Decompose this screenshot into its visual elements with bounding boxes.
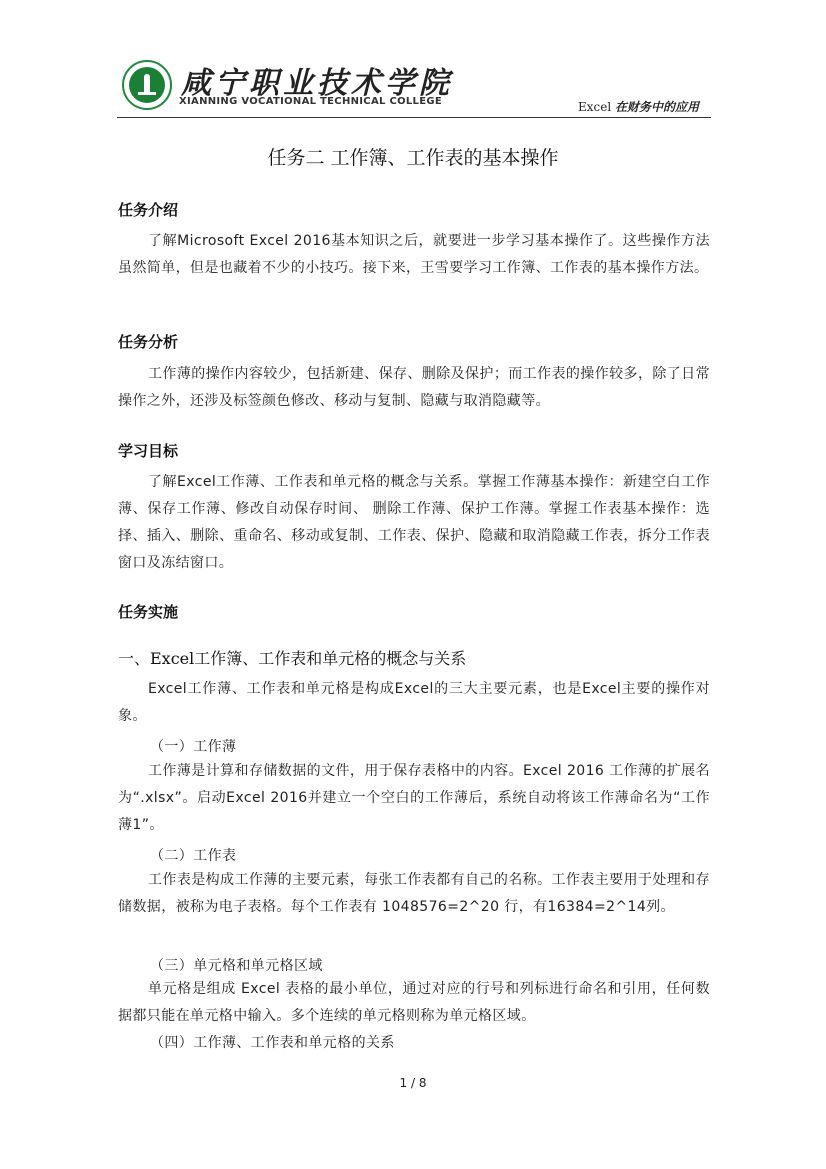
school-name-en: XIANNING VOCATIONAL TECHNICAL COLLEGE [179,96,442,107]
item-label-relationship: （四）工作薄、工作表和单元格的关系 [150,1032,395,1052]
paragraph-worksheet: 工作表是构成工作薄的主要元素，每张工作表都有自己的名称。工作表主要用于处理和存储… [118,867,710,921]
page-indicator: 1 / 8 [0,1076,826,1090]
course-suffix: 在财务中的应用 [615,100,699,114]
paragraph-intro: 了解Microsoft Excel 2016基本知识之后，就要进一步学习基本操作… [118,228,710,282]
paragraph-goals: 了解Excel工作薄、工作表和单元格的概念与关系。掌握工作薄基本操作：新建空白工… [118,469,710,577]
page-title: 任务二 工作簿、工作表的基本操作 [0,143,826,170]
item-label-cell: （三）单元格和单元格区域 [150,955,323,975]
heading-analysis: 任务分析 [118,331,178,352]
course-prefix: Excel [578,100,615,114]
header-divider [117,117,711,118]
item-label-workbook: （一）工作薄 [150,736,236,756]
college-logo-icon [122,60,172,110]
subheading-concepts: 一、Excel工作簿、工作表和单元格的概念与关系 [118,646,466,669]
paragraph-concepts-intro: Excel工作薄、工作表和单元格是构成Excel的三大主要元素，也是Excel主… [118,676,710,730]
heading-intro: 任务介绍 [118,199,178,220]
course-title: Excel 在财务中的应用 [578,98,699,115]
heading-goals: 学习目标 [118,440,178,461]
paragraph-cell: 单元格是组成 Excel 表格的最小单位，通过对应的行号和列标进行命名和引用，任… [118,976,710,1030]
paragraph-workbook: 工作薄是计算和存储数据的文件，用于保存表格中的内容。Excel 2016 工作薄… [118,758,710,839]
item-label-worksheet: （二）工作表 [150,845,236,865]
paragraph-analysis: 工作薄的操作内容较少，包括新建、保存、删除及保护；而工作表的操作较多，除了日常操… [118,361,710,415]
heading-implementation: 任务实施 [118,601,178,622]
